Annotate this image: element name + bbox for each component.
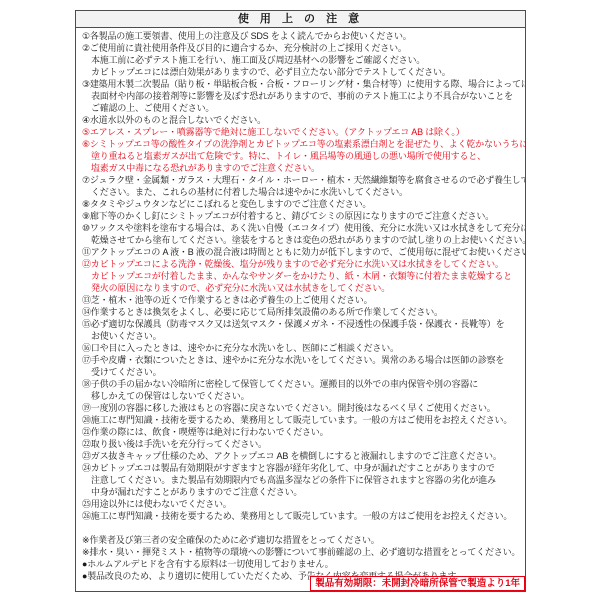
notice-line: ⑮必ず適切な保護具（防毒マスク又は送気マスク・保護メガネ・不浸透性の保護手袋・保… (82, 318, 521, 330)
notice-line: 発火の原因になりますので、必ず充分に水洗い又は水拭きをしてください。 (82, 282, 521, 294)
notice-line: ㉒取り扱い後は手洗いを充分行ってください。 (82, 438, 521, 450)
notice-line: ⑪アクトップエコの A 液・B 液の混合液は時間とともに効力が低下しますので、ご… (82, 246, 521, 258)
notice-document: 使 用 上 の 注 意 ①各製品の施工要領書、使用上の注意及び SDS をよく読… (75, 10, 526, 592)
notice-line: ⑩ワックスや塗料を塗布する場合は、あく洗い自慢（エコタイプ）使用後、充分に水洗い… (82, 222, 521, 234)
notice-line: ください。また、これらの基材に付着した場合は速やかに水洗いしてください。 (82, 186, 521, 198)
notice-line: 注意してください。また製品有効期限内でも高温多湿などの条件下に保管されますと容器… (82, 474, 521, 486)
notice-line: ⑰手や皮膚・衣類についたときは、速やかに充分な水洗いをしてください。異常のある場… (82, 354, 521, 366)
notice-line: ㉖施工に専門知識・技術を要するため、業務用として販売しています。一般の方はご使用… (82, 510, 521, 522)
notice-line: ●ホルムアルデヒドを含有する原料は一切使用しておりません。 (82, 558, 521, 570)
notice-line: ⑨廊下等のかくし釘にシミトップエコが付着すると、錆びてシミの原因になりますのでご… (82, 210, 521, 222)
notice-line: 塩素ガス中毒になる恐れがありますのでご注意ください。 (82, 162, 521, 174)
notice-line: ⑧タタミやジュウタンなどにこぼれると変色しますのでご注意ください。 (82, 198, 521, 210)
notice-line: ご確認の上、ご使用ください。 (82, 102, 521, 114)
notice-line: ㉑作業の際には、飲食・喫煙等は絶対に行わないでください。 (82, 426, 521, 438)
notice-line: ③建築用木製二次製品（貼り板・単貼板合板・合板・フローリング材・集合材等）に使用… (82, 78, 521, 90)
notice-line: ⑭作業するときは換気をよくし、必要に応じて局所排気設備のある所で作業してください… (82, 306, 521, 318)
notice-line: 移しかえての保管はしないでください。 (82, 390, 521, 402)
notice-body: ①各製品の施工要領書、使用上の注意及び SDS をよく読んでからお使いください。… (76, 28, 525, 582)
notice-line: ②ご使用前に貴社使用条件及び目的に適合するか、充分検討の上ご採用ください。 (82, 42, 521, 54)
notice-line: ㉕用途以外には使わないでください。 (82, 498, 521, 510)
notice-line (82, 522, 521, 534)
notice-line: ⑱子供の手の届かない冷暗所に密栓して保管してください。運搬目的以外での車内保管や… (82, 378, 521, 390)
notice-line: ⑫カビトップエコによる洗浄・乾燥後、塩分が残りますので必ず充分に水洗い又は水拭き… (82, 258, 521, 270)
notice-line: ㉔カビトップエコは製品有効期限がすぎますと容器が経年劣化して、中身が漏れだすこと… (82, 462, 521, 474)
notice-line: ⑳施工に専門知識・技術を要するため、業務用として販売しています。一般の方はご使用… (82, 414, 521, 426)
notice-line: ⑲一度別の容器に移した液はもとの容器に戻さないでください。開封後はなるべく早くご… (82, 402, 521, 414)
notice-line: ⑤エアレス・スプレー・噴霧器等で絶対に施工しないでください。（アクトップエコ A… (82, 126, 521, 138)
notice-line: ㉓ガス抜きキャップ仕様のため、アクトップエコ AB を横倒しにすると液漏れします… (82, 450, 521, 462)
notice-line: ⑬芝・植木・池等の近くで作業するときは必ず養生の上ご使用ください。 (82, 294, 521, 306)
notice-line: カビトップエコが付着したまま、かんなやサンダーをかけたり、紙・木屑・衣類等に付着… (82, 270, 521, 282)
notice-line: 中身が漏れだすことがありますのでご注意ください。 (82, 486, 521, 498)
notice-line: お使いください。 (82, 330, 521, 342)
notice-title: 使 用 上 の 注 意 (76, 11, 525, 28)
notice-line: カビトップエコには漂白効果がありますので、必ず目立たない部分でテストしてください… (82, 66, 521, 78)
notice-line: ④水道水以外のものと混合しないでください。 (82, 114, 521, 126)
notice-line: 受けてください。 (82, 366, 521, 378)
notice-line: 塗り重ねると塩素ガスが出て危険です。特に、トイレ・風呂場等の風通しの悪い場所で使… (82, 150, 521, 162)
notice-line: 本施工前に必ずテスト施工を行い、施工面及び周辺基材への影響をご確認ください。 (82, 54, 521, 66)
notice-line: ⑥シミトップエコ等の酸性タイプの洗浄剤とカビトップエコ等の塩素系漂白剤とを混ぜた… (82, 138, 521, 150)
notice-line: ⑦ジュラク壁・金属類・ガラス・大理石・タイル・ホーロー・植木・天然繊維類等を腐食… (82, 174, 521, 186)
notice-line: ①各製品の施工要領書、使用上の注意及び SDS をよく読んでからお使いください。 (82, 30, 521, 42)
notice-line: 表面材や内部の接着剤等に影響を及ぼす恐れがありますので、事前のテスト施工により不… (82, 90, 521, 102)
notice-line: 乾燥させてから塗布してください。塗装をするときは変色の恐れがありますので試し塗り… (82, 234, 521, 246)
expiry-badge: 製品有効期限：未開封冷暗所保管で製造より1年 (310, 576, 525, 591)
notice-line: ⑯口や目に入ったときは、速やかに充分な水洗いをし、医師にご相談ください。 (82, 342, 521, 354)
notice-line: ※排水・臭い・揮発ミスト・植物等の環境への影響について事前確認の上、必ず適切な措… (82, 546, 521, 558)
notice-line: ※作業者及び第三者の安全確保のために必ず適切な措置をとってください。 (82, 534, 521, 546)
